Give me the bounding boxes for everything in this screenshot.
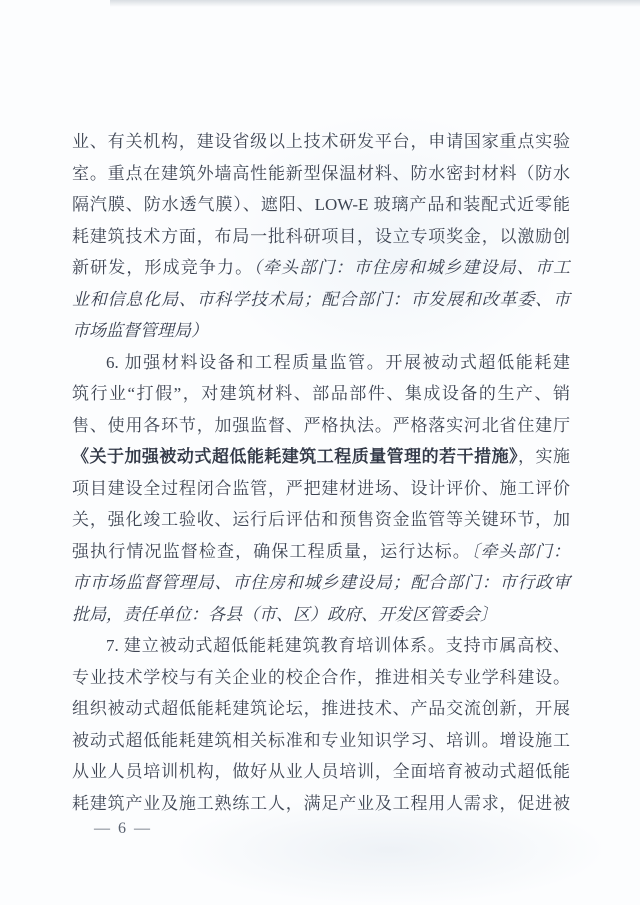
text-segment-normal: 专业技术学校与有关企业的校企合作，推进相关专业学科建设。 [72,668,570,687]
text-line: 专业技术学校与有关企业的校企合作，推进相关专业学科建设。 [72,662,570,694]
text-line: 业和信息化局、市科学技术局；配合部门：市发展和改革委、市 [72,284,570,316]
text-segment-kai: 〔牵头部门： [471,542,570,561]
text-line: 业、有关机构，建设省级以上技术研发平台，申请国家重点实验 [72,126,570,158]
text-segment-normal: ，实施 [518,447,570,466]
text-line: 批局，责任单位：各县（市、区）政府、开发区管委会〕 [72,599,570,631]
text-line: 6. 加强材料设备和工程质量监管。开展被动式超低能耗建 [72,347,570,379]
text-line: 项目建设全过程闭合监管，严把建材进场、设计评价、施工评价 [72,473,570,505]
text-line: 《关于加强被动式超低能耗建筑工程质量管理的若干措施》，实施 [72,441,570,473]
text-line: 被动式超低能耗建筑相关标准和专业知识学习、培训。增设施工 [72,725,570,757]
text-segment-normal: 耗建筑技术方面，布局一批科研项目，设立专项奖金，以激励创 [72,227,570,246]
text-line: 筑行业“打假”，对建筑材料、部品部件、集成设备的生产、销 [72,378,570,410]
text-segment-normal: 被动式超低能耗建筑相关标准和专业知识学习、培训。增设施工 [72,731,570,750]
text-segment-normal: 7. 建立被动式超低能耗建筑教育培训体系。支持市属高校、 [106,636,570,655]
scan-artifact-top-strip [110,0,640,7]
text-segment-normal: 售、使用各环节，加强监督、严格执法。严格落实河北省住建厅 [72,416,570,435]
text-line: 强执行情况监督检查，确保工程质量，运行达标。〔牵头部门： [72,536,570,568]
text-segment-normal: 6. 加强材料设备和工程质量监管。开展被动式超低能耗建 [106,353,570,372]
text-segment-normal: 关，强化竣工验收、运行后评估和预售资金监管等关键环节，加 [72,510,570,529]
text-segment-normal: 业、有关机构，建设省级以上技术研发平台，申请国家重点实验 [72,132,570,151]
text-line: 关，强化竣工验收、运行后评估和预售资金监管等关键环节，加 [72,504,570,536]
text-segment-kai: 市场监督管理局） [72,321,208,340]
text-segment-normal: 隔汽膜、防水透气膜）、遮阳、LOW-E 玻璃产品和装配式近零能 [72,195,570,214]
text-segment-normal: 新研发，形成竞争力。 [72,258,253,277]
text-line: 市场监督管理局） [72,315,570,347]
text-line: 耗建筑产业及施工熟练工人，满足产业及工程用人需求，促进被 [72,788,570,820]
text-segment-kai: 市市场监督管理局、市住房和城乡建设局；配合部门：市行政审 [72,573,570,592]
page-number: — 6 — [94,817,152,841]
text-segment-normal: 项目建设全过程闭合监管，严把建材进场、设计评价、施工评价 [72,479,570,498]
text-line: 售、使用各环节，加强监督、严格执法。严格落实河北省住建厅 [72,410,570,442]
text-block: 业、有关机构，建设省级以上技术研发平台，申请国家重点实验室。重点在建筑外墙高性能… [72,126,570,819]
text-line: 新研发，形成竞争力。（牵头部门：市住房和城乡建设局、市工 [72,252,570,284]
text-line: 室。重点在建筑外墙高性能新型保温材料、防水密封材料（防水 [72,158,570,190]
text-segment-kai: （牵头部门：市住房和城乡建设局、市工 [253,258,570,277]
text-line: 7. 建立被动式超低能耗建筑教育培训体系。支持市属高校、 [72,630,570,662]
text-line: 市市场监督管理局、市住房和城乡建设局；配合部门：市行政审 [72,567,570,599]
text-line: 隔汽膜、防水透气膜）、遮阳、LOW-E 玻璃产品和装配式近零能 [72,189,570,221]
text-segment-kai: 业和信息化局、市科学技术局；配合部门：市发展和改革委、市 [72,290,570,309]
text-line: 从业人员培训机构，做好从业人员培训，全面培育被动式超低能 [72,756,570,788]
text-segment-normal: 组织被动式超低能耗建筑论坛，推进技术、产品交流创新，开展 [72,699,570,718]
text-segment-normal: 筑行业“打假”，对建筑材料、部品部件、集成设备的生产、销 [72,384,570,403]
text-segment-normal: 耗建筑产业及施工熟练工人，满足产业及工程用人需求，促进被 [72,794,570,813]
text-segment-title: 《关于加强被动式超低能耗建筑工程质量管理的若干措施》 [72,447,518,466]
text-segment-normal: 强执行情况监督检查，确保工程质量，运行达标。 [72,542,471,561]
text-segment-normal: 从业人员培训机构，做好从业人员培训，全面培育被动式超低能 [72,762,570,781]
text-line: 组织被动式超低能耗建筑论坛，推进技术、产品交流创新，开展 [72,693,570,725]
text-segment-normal: 室。重点在建筑外墙高性能新型保温材料、防水密封材料（防水 [72,164,570,183]
text-segment-kai: 批局，责任单位：各县（市、区）政府、开发区管委会〕 [72,605,497,624]
text-line: 耗建筑技术方面，布局一批科研项目，设立专项奖金，以激励创 [72,221,570,253]
